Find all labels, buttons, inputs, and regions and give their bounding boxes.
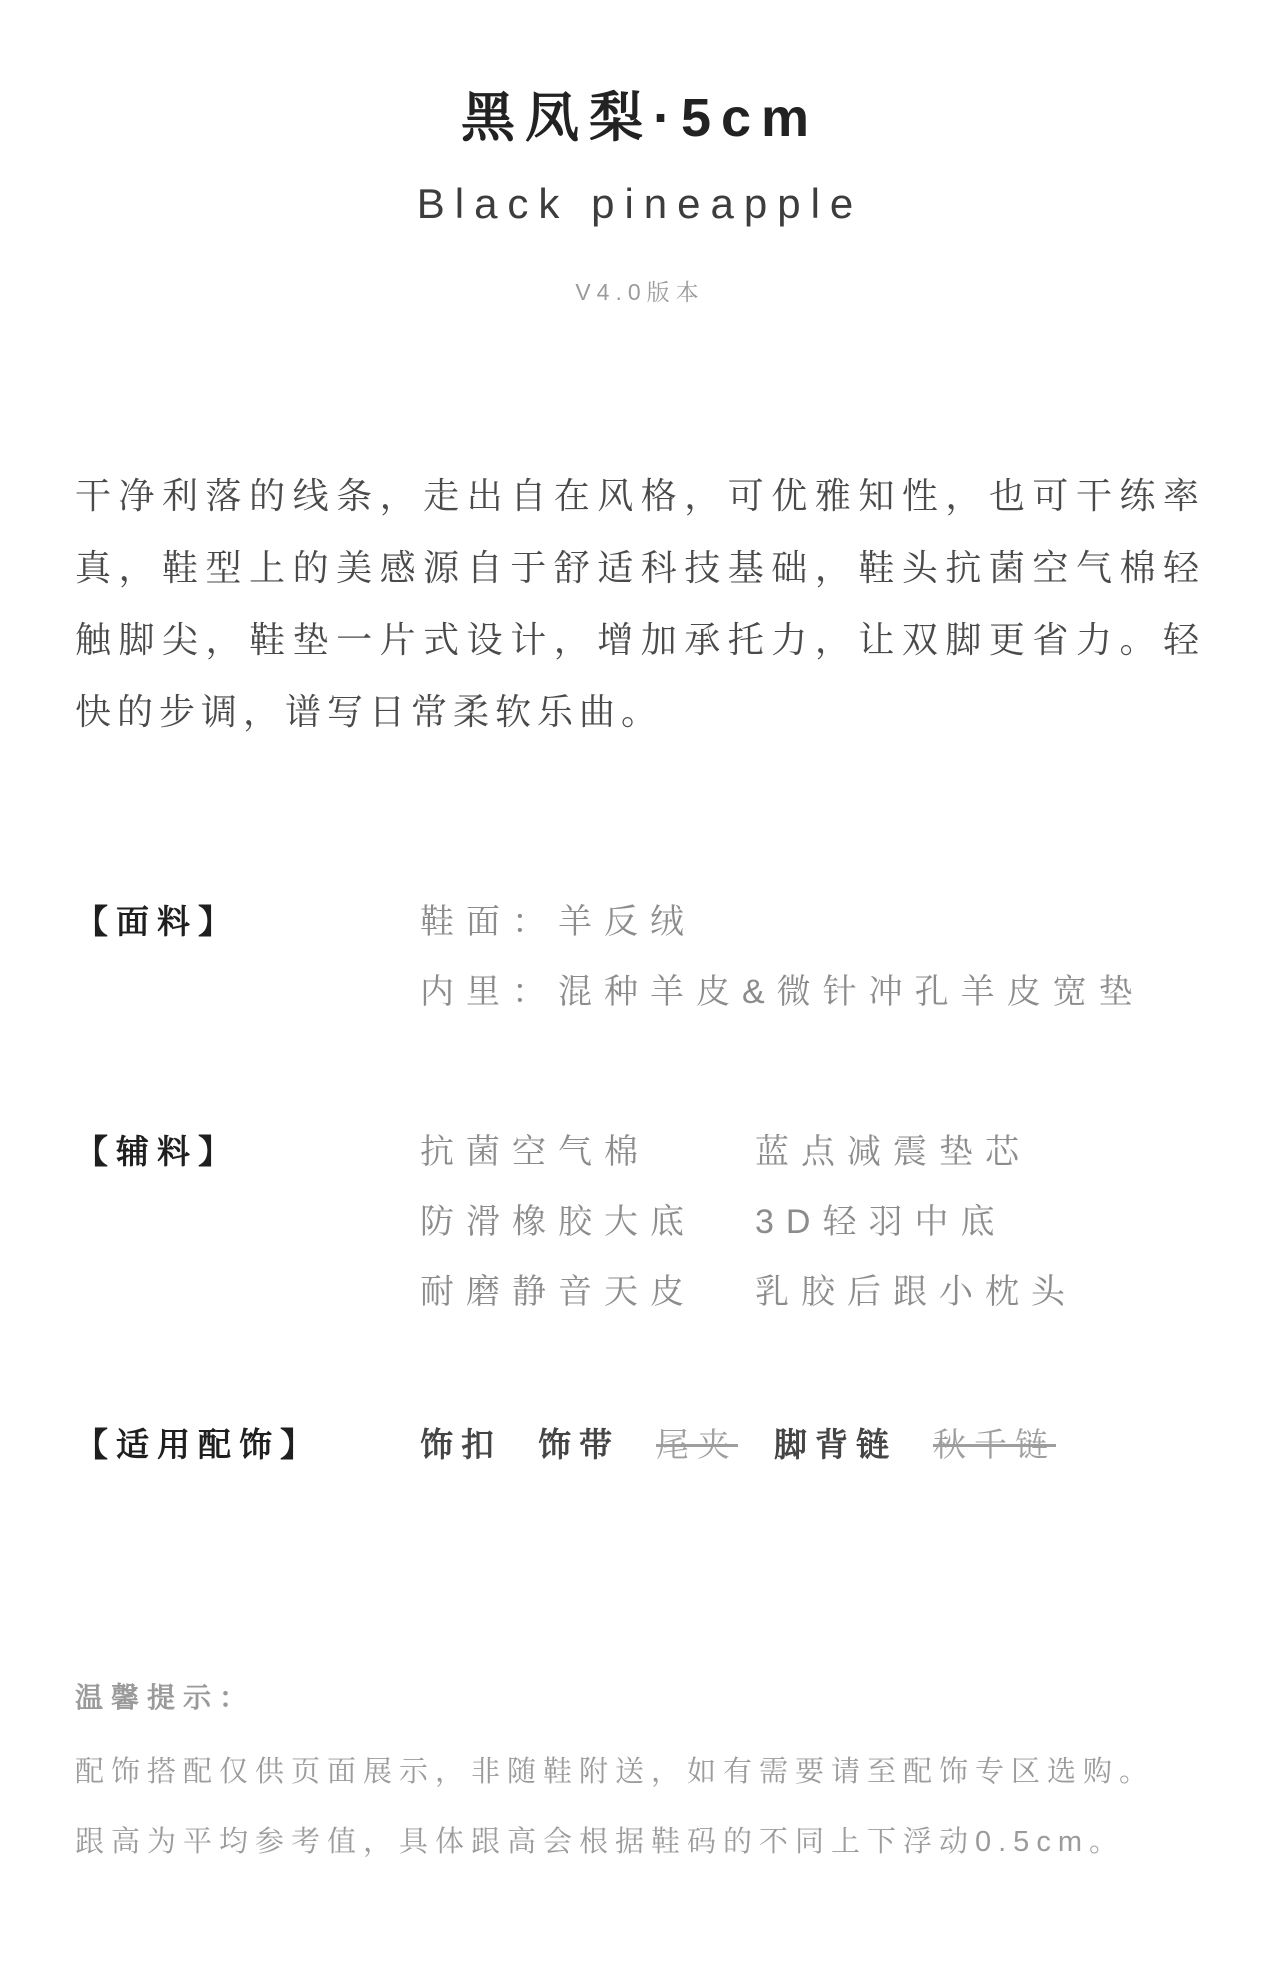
materials-cell: 防滑橡胶大底 <box>420 1187 755 1257</box>
materials-section-label: 【辅料】 <box>75 1117 420 1187</box>
materials-cell: 3D轻羽中底 <box>755 1187 1006 1257</box>
notice-line: 配饰搭配仅供页面展示，非随鞋附送，如有需要请至配饰专区选购。 <box>75 1737 1205 1807</box>
fabric-row-lining: 内里：混种羊皮&微针冲孔羊皮宽垫 <box>420 957 1145 1027</box>
fabric-row-upper: 鞋面：羊反绒 <box>420 887 1145 957</box>
section-materials: 【辅料】 抗菌空气棉 蓝点减震垫芯 防滑橡胶大底 3D轻羽中底 耐磨静音天皮 乳… <box>75 1117 1205 1327</box>
product-description: 干净利落的线条，走出自在风格，可优雅知性，也可干练率真，鞋型上的美感源自于舒适科… <box>75 460 1205 748</box>
accessories-section-label: 【适用配饰】 <box>75 1409 420 1481</box>
materials-row: 抗菌空气棉 蓝点减震垫芯 <box>420 1117 1077 1187</box>
version-label: V4.0版本 <box>75 279 1205 307</box>
materials-cell: 抗菌空气棉 <box>420 1117 755 1187</box>
accessory-item-unavailable: 尾夹 <box>656 1409 738 1481</box>
product-subtitle: Black pineapple <box>75 179 1205 229</box>
accessory-item: 饰带 <box>538 1409 620 1481</box>
accessory-item: 饰扣 <box>420 1409 502 1481</box>
materials-row: 耐磨静音天皮 乳胶后跟小枕头 <box>420 1257 1077 1327</box>
product-title: 黑凤梨·5cm <box>75 86 1205 151</box>
section-accessories: 【适用配饰】 饰扣 饰带 尾夹 脚背链 秋千链 <box>75 1409 1205 1481</box>
materials-row: 防滑橡胶大底 3D轻羽中底 <box>420 1187 1077 1257</box>
notice-line: 跟高为平均参考值，具体跟高会根据鞋码的不同上下浮动0.5cm。 <box>75 1807 1205 1877</box>
accessory-items: 饰扣 饰带 尾夹 脚背链 秋千链 <box>420 1409 1092 1481</box>
materials-cell: 蓝点减震垫芯 <box>755 1117 1031 1187</box>
materials-section-content: 抗菌空气棉 蓝点减震垫芯 防滑橡胶大底 3D轻羽中底 耐磨静音天皮 乳胶后跟小枕… <box>420 1117 1077 1327</box>
fabric-section-label: 【面料】 <box>75 887 420 957</box>
section-fabric: 【面料】 鞋面：羊反绒 内里：混种羊皮&微针冲孔羊皮宽垫 <box>75 887 1205 1027</box>
materials-cell: 耐磨静音天皮 <box>420 1257 755 1327</box>
header: 黑凤梨·5cm Black pineapple V4.0版本 <box>75 0 1205 307</box>
notice-lines: 配饰搭配仅供页面展示，非随鞋附送，如有需要请至配饰专区选购。 跟高为平均参考值，… <box>75 1737 1205 1877</box>
accessory-item-unavailable: 秋千链 <box>933 1409 1056 1481</box>
notice-title: 温馨提示： <box>75 1680 1205 1716</box>
product-detail-page: 黑凤梨·5cm Black pineapple V4.0版本 干净利落的线条，走… <box>0 0 1280 1877</box>
accessory-item: 脚背链 <box>774 1409 897 1481</box>
materials-cell: 乳胶后跟小枕头 <box>755 1257 1077 1327</box>
fabric-section-content: 鞋面：羊反绒 内里：混种羊皮&微针冲孔羊皮宽垫 <box>420 887 1145 1027</box>
notice: 温馨提示： 配饰搭配仅供页面展示，非随鞋附送，如有需要请至配饰专区选购。 跟高为… <box>75 1680 1205 1877</box>
